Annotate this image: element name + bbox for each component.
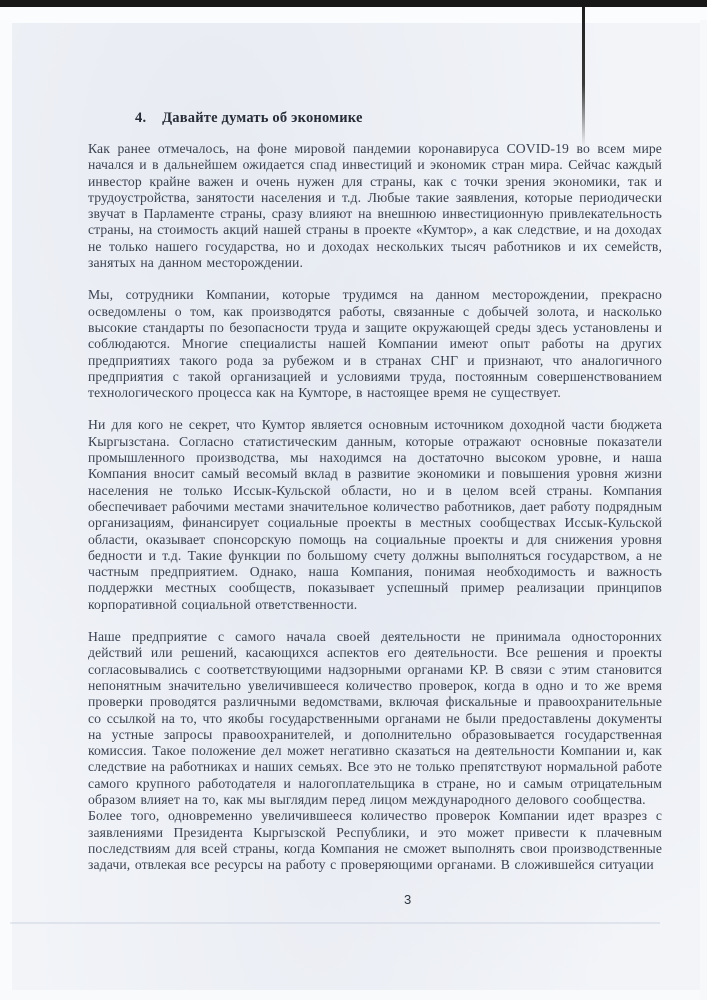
section-number: 4. [135,110,146,127]
document-body: 4. Давайте думать об экономике Как ранее… [88,110,662,873]
paper-edge-bottom [0,990,707,1000]
paper-edge-left [0,20,12,1000]
paper-edge-top [0,7,707,23]
section-heading: 4. Давайте думать об экономике [135,110,662,127]
paragraph-3: Ни для кого не секрет, что Кумтор являет… [88,417,662,613]
scan-artifact-streak [10,922,660,924]
paper-edge-right [700,20,707,1000]
section-title: Давайте думать об экономике [162,110,363,126]
paragraph-5: Более того, одновременно увеличившееся к… [88,808,662,873]
paragraph-1: Как ранее отмечалось, на фоне мировой па… [88,141,662,271]
paragraph-4: Наше предприятие с самого начала своей д… [88,629,662,808]
page-number: 3 [404,892,411,907]
scan-edge-top-band [0,0,707,7]
paragraph-2: Мы, сотрудники Компании, которые трудимс… [88,287,662,401]
scanned-document-page: 4. Давайте думать об экономике Как ранее… [0,0,707,1000]
